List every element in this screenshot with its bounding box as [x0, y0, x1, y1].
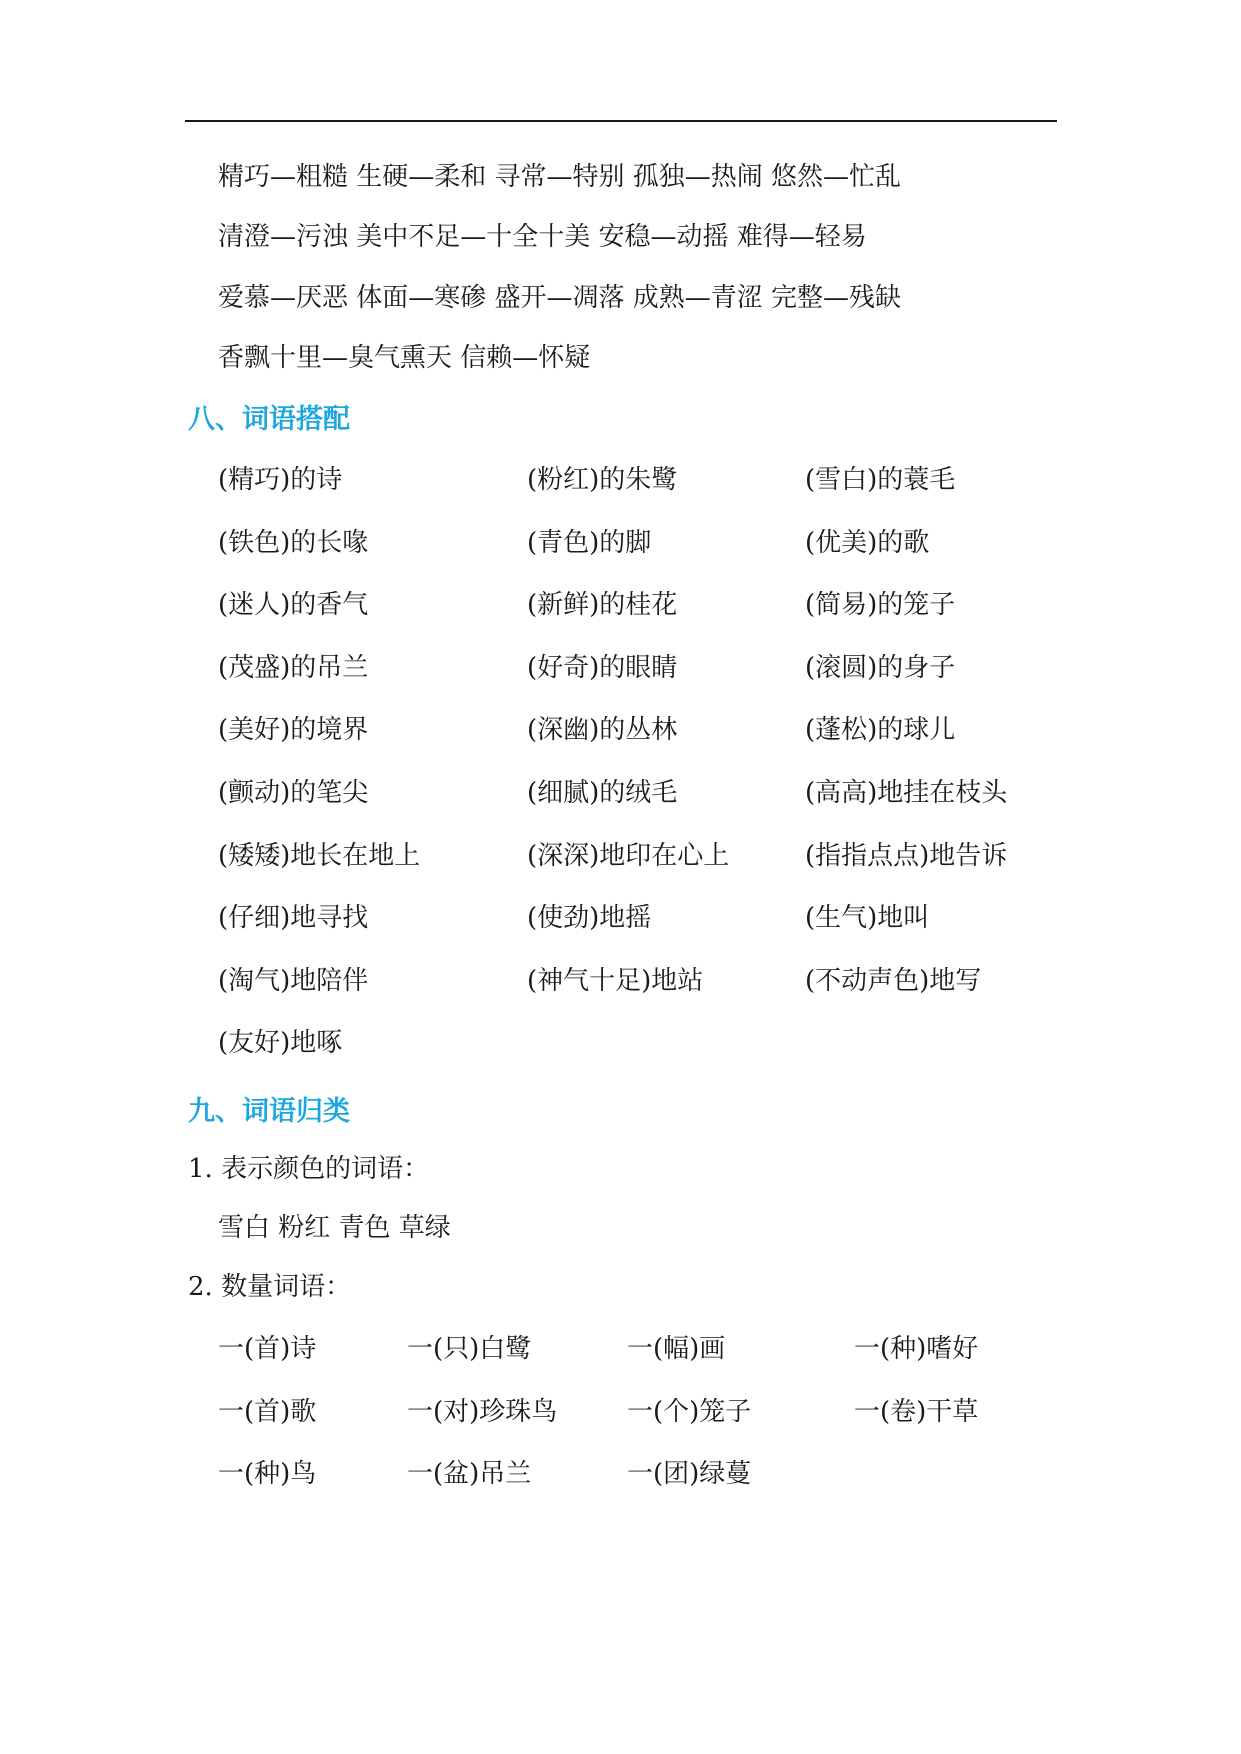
color-words: 雪白 粉红 青色 草绿	[218, 1213, 451, 1243]
collocation-item: (茂盛)的吊兰	[218, 653, 368, 683]
collocation-item: (生气)地叫	[805, 903, 929, 933]
quantity-item: 一(盆)吊兰	[407, 1459, 531, 1489]
collocation-item: (神气十足)地站	[527, 966, 703, 996]
collocation-item: (简易)的笼子	[805, 590, 955, 620]
collocation-item: (铁色)的长喙	[218, 528, 368, 558]
collocation-item: (滚圆)的身子	[805, 653, 955, 683]
collocation-item: (仔细)地寻找	[218, 903, 368, 933]
collocation-item: (精巧)的诗	[218, 465, 342, 495]
collocation-item: (雪白)的蓑毛	[805, 465, 955, 495]
collocation-item: (矮矮)地长在地上	[218, 841, 420, 871]
quantity-item: 一(首)诗	[218, 1334, 316, 1364]
section-heading-8: 八、词语搭配	[188, 405, 350, 435]
antonym-line: 精巧—粗糙 生硬—柔和 寻常—特别 孤独—热闹 悠然—忙乱	[218, 162, 901, 192]
collocation-item: (高高)地挂在枝头	[805, 778, 1007, 808]
section-heading-9: 九、词语归类	[188, 1097, 350, 1127]
item-2-label: 2. 数量词语：	[188, 1272, 351, 1302]
collocation-item: (细腻)的绒毛	[527, 778, 677, 808]
collocation-item: (美好)的境界	[218, 715, 368, 745]
collocation-item: (青色)的脚	[527, 528, 651, 558]
antonym-line: 香飘十里—臭气熏天 信赖—怀疑	[218, 343, 590, 373]
quantity-item: 一(团)绿蔓	[627, 1459, 751, 1489]
collocation-item: (蓬松)的球儿	[805, 715, 955, 745]
collocation-item: (迷人)的香气	[218, 590, 368, 620]
collocation-item: (指指点点)地告诉	[805, 841, 1007, 871]
collocation-item: (优美)的歌	[805, 528, 929, 558]
header-rule	[185, 120, 1057, 122]
quantity-item: 一(首)歌	[218, 1397, 316, 1427]
quantity-item: 一(个)笼子	[627, 1397, 751, 1427]
quantity-item: 一(种)嗜好	[854, 1334, 978, 1364]
collocation-item: (粉红)的朱鹭	[527, 465, 677, 495]
collocation-item: (使劲)地摇	[527, 903, 651, 933]
collocation-item: (新鲜)的桂花	[527, 590, 677, 620]
collocation-item: (颤动)的笔尖	[218, 778, 368, 808]
quantity-item: 一(只)白鹭	[407, 1334, 531, 1364]
quantity-item: 一(幅)画	[627, 1334, 725, 1364]
collocation-item: (淘气)地陪伴	[218, 966, 368, 996]
quantity-item: 一(种)鸟	[218, 1459, 316, 1489]
quantity-item: 一(卷)干草	[854, 1397, 978, 1427]
quantity-item: 一(对)珍珠鸟	[407, 1397, 557, 1427]
item-1-label: 1. 表示颜色的词语：	[188, 1154, 429, 1184]
collocation-item: (不动声色)地写	[805, 966, 981, 996]
collocation-item: (好奇)的眼睛	[527, 653, 677, 683]
antonym-line: 清澄—污浊 美中不足—十全十美 安稳—动摇 难得—轻易	[218, 222, 867, 252]
collocation-item: (深深)地印在心上	[527, 841, 729, 871]
collocation-item: (友好)地啄	[218, 1028, 342, 1058]
collocation-item: (深幽)的丛林	[527, 715, 677, 745]
antonym-line: 爱慕—厌恶 体面—寒碜 盛开—凋落 成熟—青涩 完整—残缺	[218, 283, 901, 313]
